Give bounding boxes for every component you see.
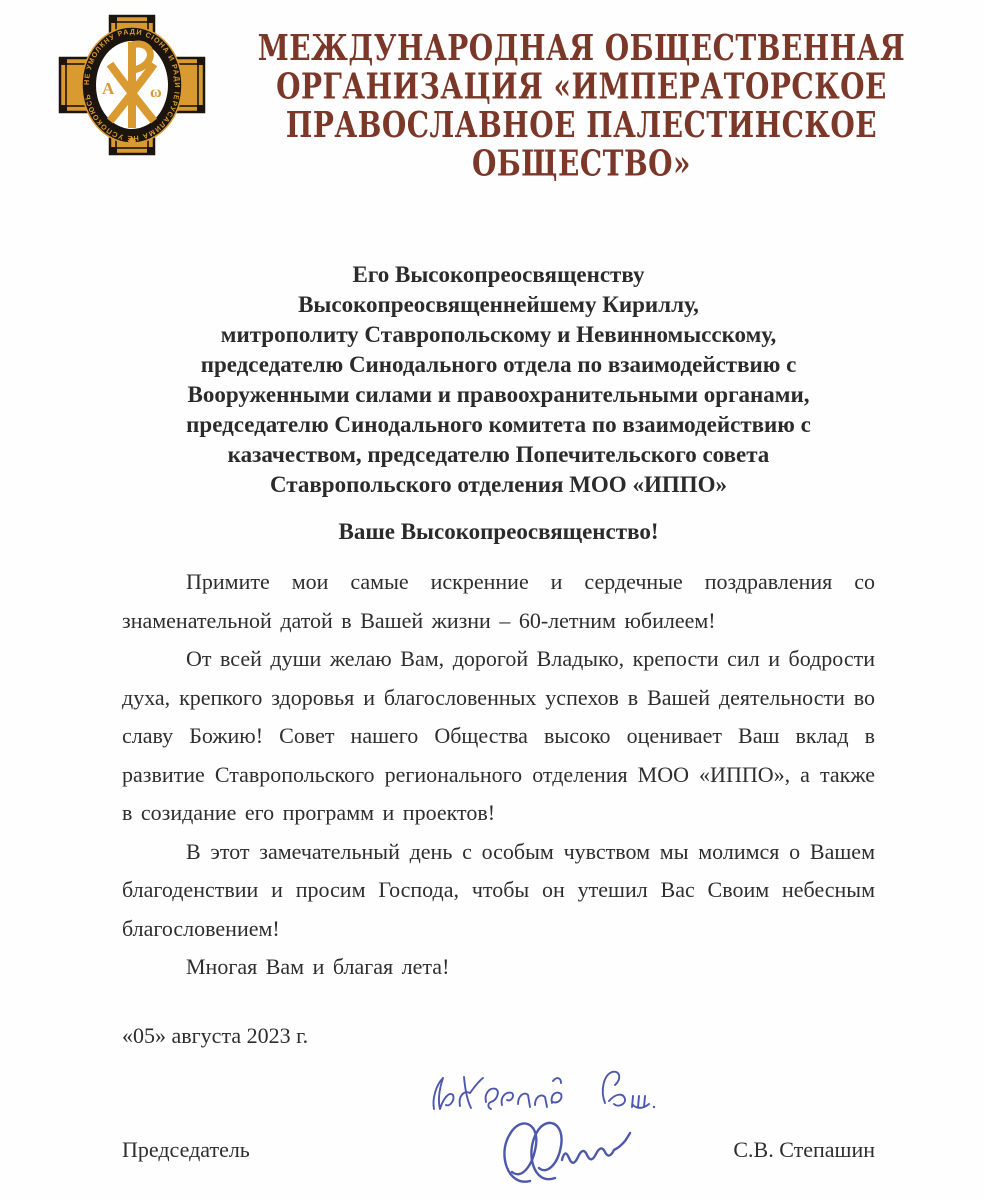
body-paragraph: В этот замечательный день с особым чувст… [122, 833, 875, 949]
orthodox-cross-chi-rho-icon: НЕ УМОЛКНУ РАДИ СІОНА И РАДИ ІЕРУСАЛИМА … [58, 14, 206, 156]
signer-title: Председатель [122, 1137, 250, 1163]
ippo-emblem-logo: НЕ УМОЛКНУ РАДИ СІОНА И РАДИ ІЕРУСАЛИМА … [58, 14, 206, 161]
recipient-line: председателю Синодального отдела по взаи… [122, 350, 875, 380]
recipient-line: Вооруженными силами и правоохранительным… [122, 380, 875, 410]
org-name-line: МЕЖДУНАРОДНАЯ ОБЩЕСТВЕННАЯ [230, 29, 933, 67]
organization-name: МЕЖДУНАРОДНАЯ ОБЩЕСТВЕННАЯ ОРГАНИЗАЦИЯ «… [230, 14, 933, 183]
signer-name: С.В. Степашин [733, 1137, 875, 1163]
recipient-block: Его Высокопреосвященству Высокопреосвяще… [122, 260, 875, 500]
salutation: Ваше Высокопреосвященство! [122, 517, 875, 547]
alpha-letter: А [102, 79, 115, 98]
recipient-line: Его Высокопреосвященству [122, 260, 875, 290]
recipient-line: митрополиту Ставропольскому и Невинномыс… [122, 320, 875, 350]
letter-page: НЕ УМОЛКНУ РАДИ СІОНА И РАДИ ІЕРУСАЛИМА … [0, 0, 984, 1200]
handwritten-note-ink [433, 1071, 655, 1108]
recipient-line: Высокопреосвященнейшему Кириллу, [122, 290, 875, 320]
letter-body: Примите мои самые искренние и сердечные … [122, 563, 875, 987]
recipient-line: казачеством, председателю Попечительског… [122, 440, 875, 470]
org-name-line: ПРАВОСЛАВНОЕ ПАЛЕСТИНСКОЕ ОБЩЕСТВО» [230, 106, 933, 183]
date-line: «05» августа 2023 г. [122, 1021, 875, 1051]
recipient-line: Ставропольского отделения МОО «ИППО» [122, 470, 875, 500]
body-paragraph: Примите мои самые искренние и сердечные … [122, 563, 875, 640]
omega-letter: ω [150, 84, 162, 101]
handwritten-note-and-signature [412, 1057, 742, 1189]
body-paragraph: От всей души желаю Вам, дорогой Владыко,… [122, 640, 875, 833]
recipient-line: председателю Синодального комитета по вз… [122, 410, 875, 440]
org-name-line: ОРГАНИЗАЦИЯ «ИМПЕРАТОРСКОЕ [230, 68, 933, 106]
body-paragraph: Многая Вам и благая лета! [122, 948, 875, 987]
sign-row: Председатель С.В. Степашин [122, 1137, 875, 1163]
signature-block: Председатель С.В. Степашин [122, 1057, 875, 1189]
letterhead: НЕ УМОЛКНУ РАДИ СІОНА И РАДИ ІЕРУСАЛИМА … [58, 14, 933, 164]
